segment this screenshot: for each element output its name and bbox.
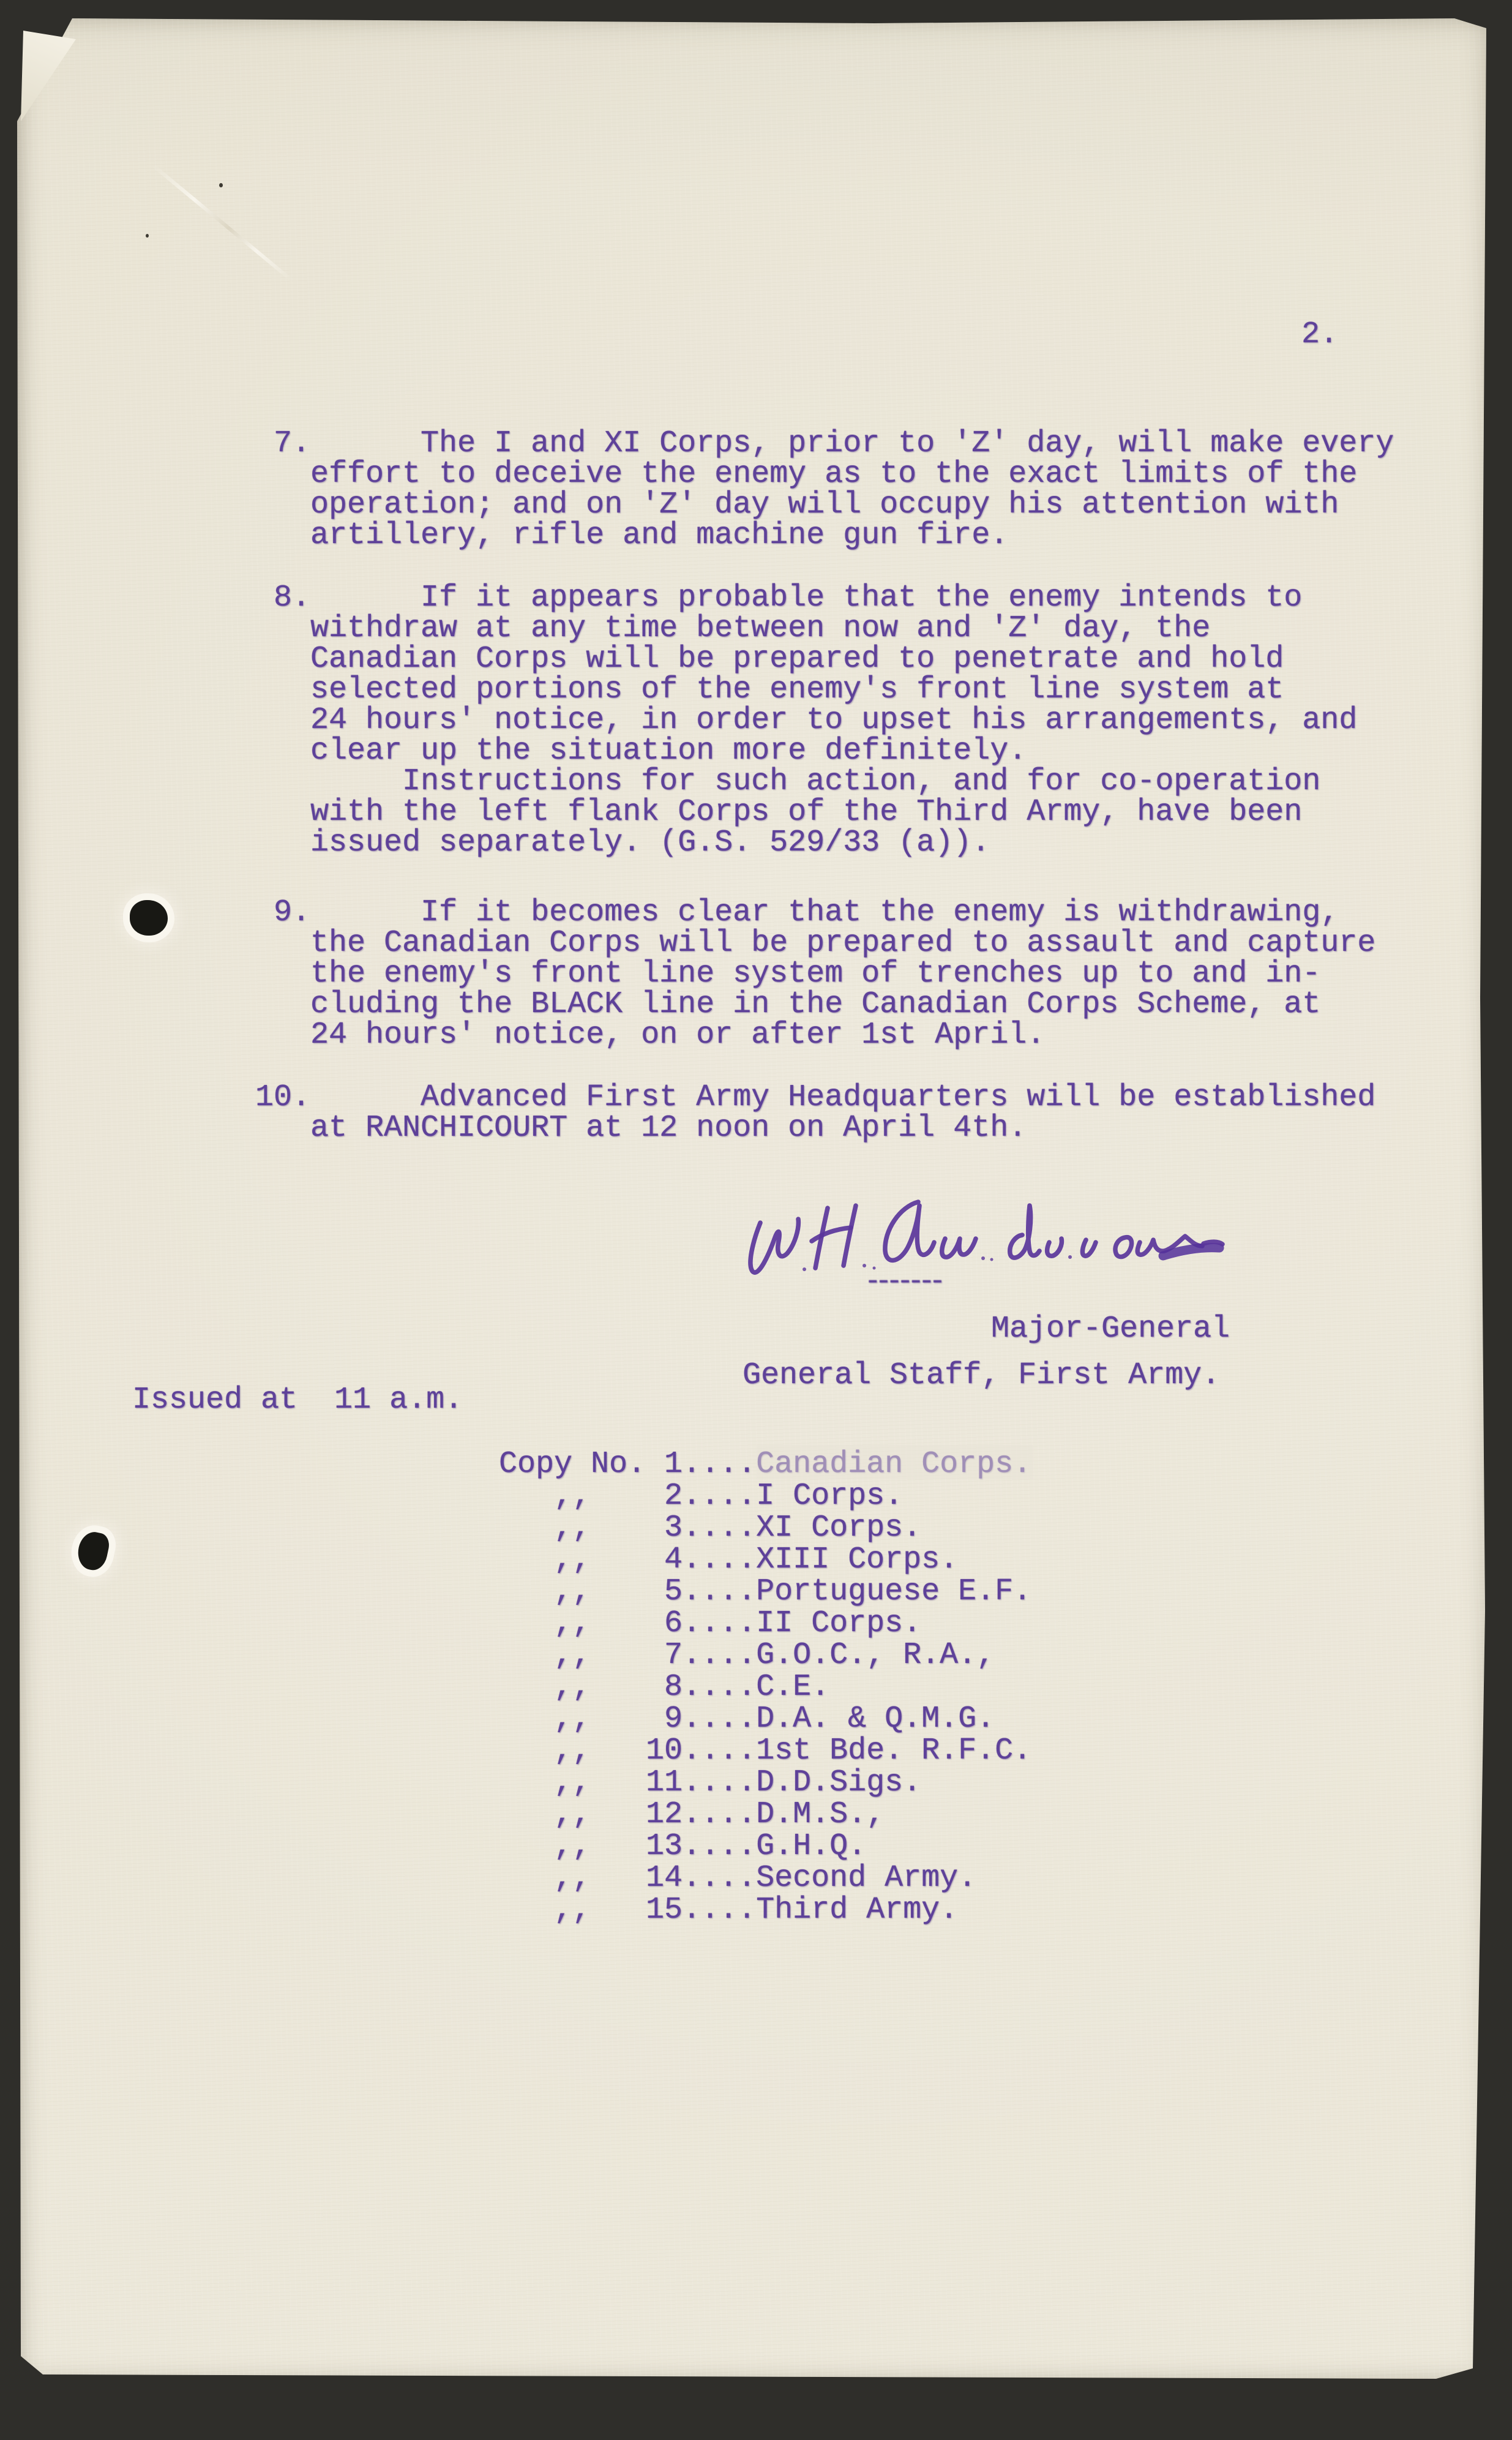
paragraph-8: 8. If it appears probable that the enemy… — [255, 583, 1357, 858]
signature-handwriting — [735, 1179, 1255, 1301]
signature-dash-underline: ------- — [864, 1266, 940, 1297]
signature-unit: General Staff, First Army. — [743, 1361, 1220, 1391]
scanned-document-photo: { "page_number": "2.", "body": { "para_7… — [0, 0, 1512, 2440]
punch-hole-top — [130, 900, 168, 936]
copy-distribution-list: Copy No. 1....Canadian Corps. ,, 2....I … — [499, 1449, 1031, 1926]
signature-rank: Major-General — [991, 1314, 1230, 1345]
paragraph-10: 10. Advanced First Army Headquarters wil… — [255, 1083, 1375, 1144]
paragraph-7: 7. The I and XI Corps, prior to 'Z' day,… — [255, 429, 1394, 551]
signature-anderson-scrawl — [735, 1179, 1255, 1301]
issued-time-line: Issued at 11 a.m. — [132, 1385, 463, 1416]
paragraph-9: 9. If it becomes clear that the enemy is… — [255, 898, 1375, 1051]
paper-speck — [219, 183, 223, 187]
paper-speck — [146, 234, 149, 238]
page-number: 2. — [1301, 320, 1338, 350]
